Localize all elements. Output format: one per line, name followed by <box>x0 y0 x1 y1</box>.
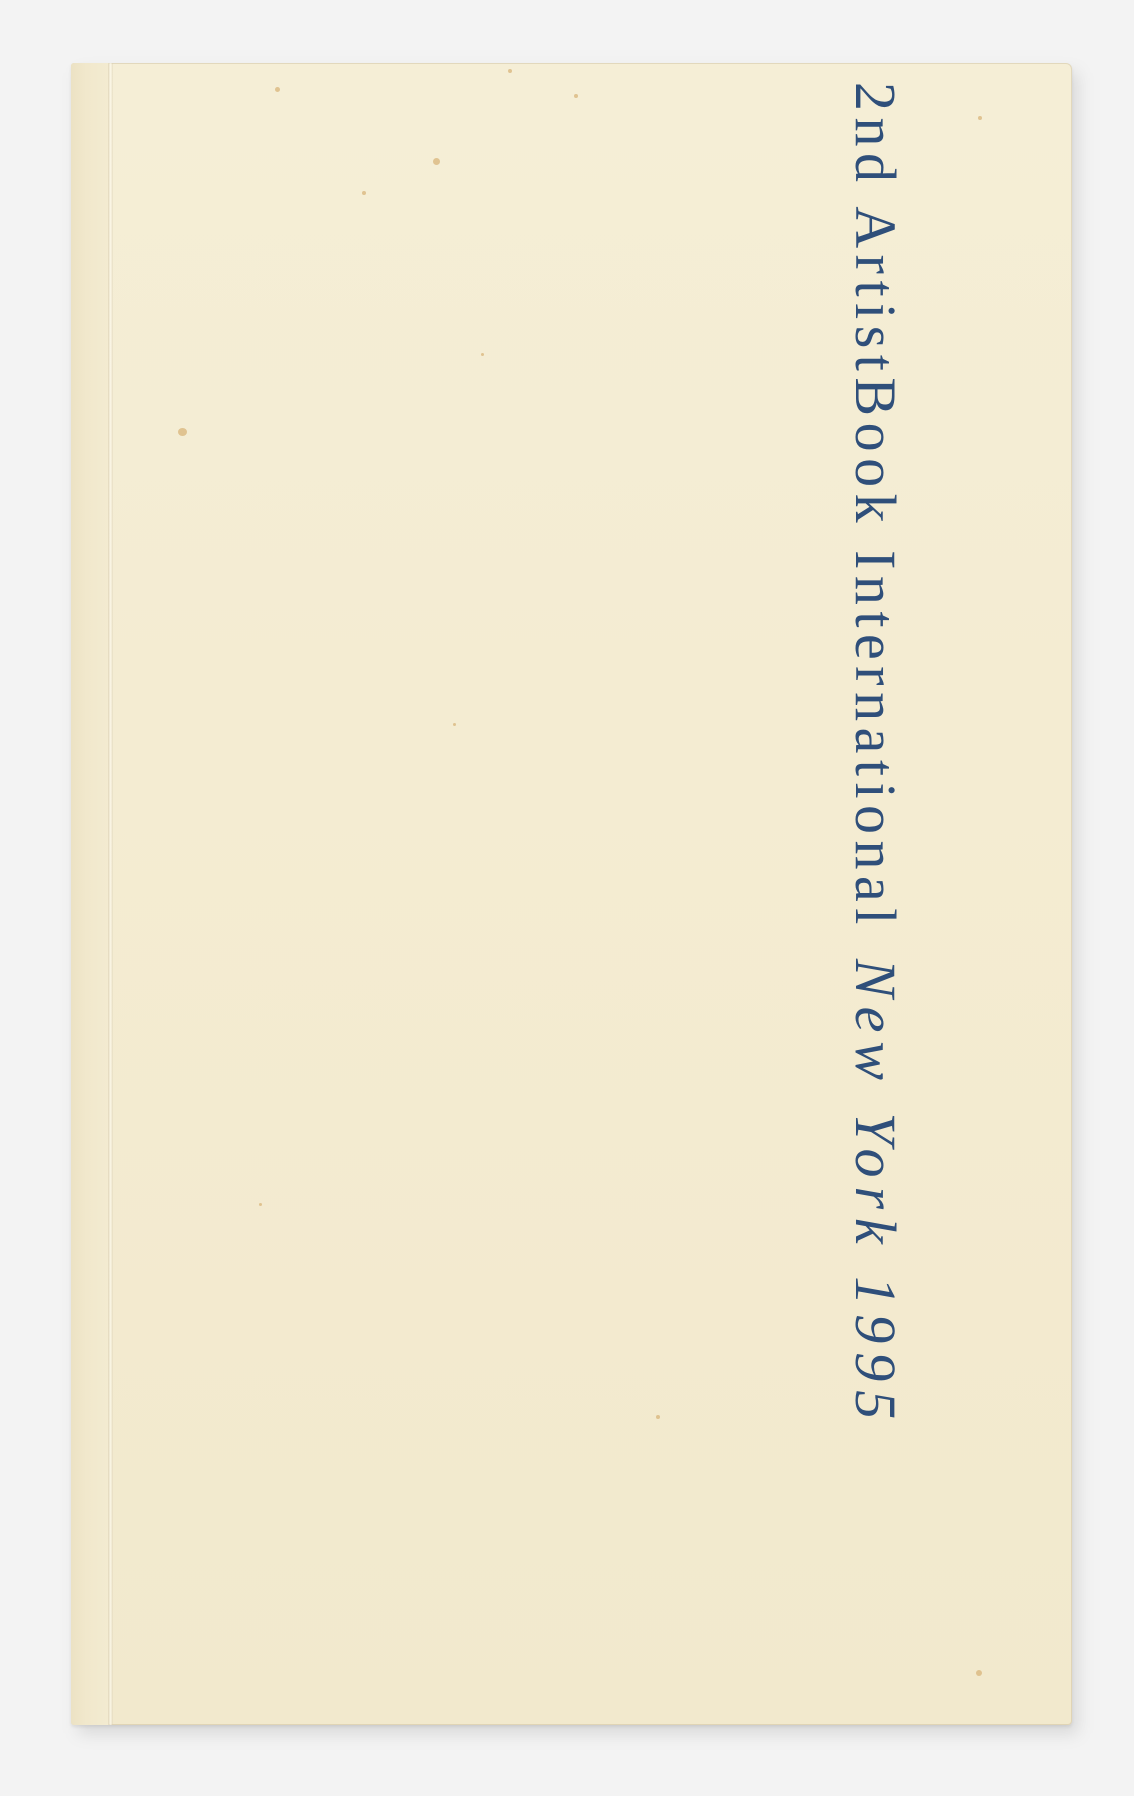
vertical-title: 2nd ArtistBook InternationalNew York 199… <box>840 82 910 1722</box>
foxing-spot <box>362 191 366 195</box>
foxing-spot <box>508 69 512 73</box>
foxing-spot <box>453 723 456 726</box>
foxing-spot <box>481 353 484 356</box>
foxing-spot <box>976 1670 982 1676</box>
hinge-crease <box>108 63 113 1725</box>
title-location-year: New York 1995 <box>840 959 910 1428</box>
foxing-spot <box>259 1203 262 1206</box>
foxing-spot <box>978 116 982 120</box>
foxing-spot <box>433 158 440 165</box>
foxing-spot <box>178 428 187 436</box>
foxing-spot <box>574 94 578 98</box>
title-main: 2nd ArtistBook International <box>840 82 910 931</box>
book-spine-edge <box>71 63 109 1725</box>
foxing-spot <box>656 1415 660 1419</box>
foxing-spot <box>275 87 280 92</box>
book-cover <box>71 63 1072 1725</box>
